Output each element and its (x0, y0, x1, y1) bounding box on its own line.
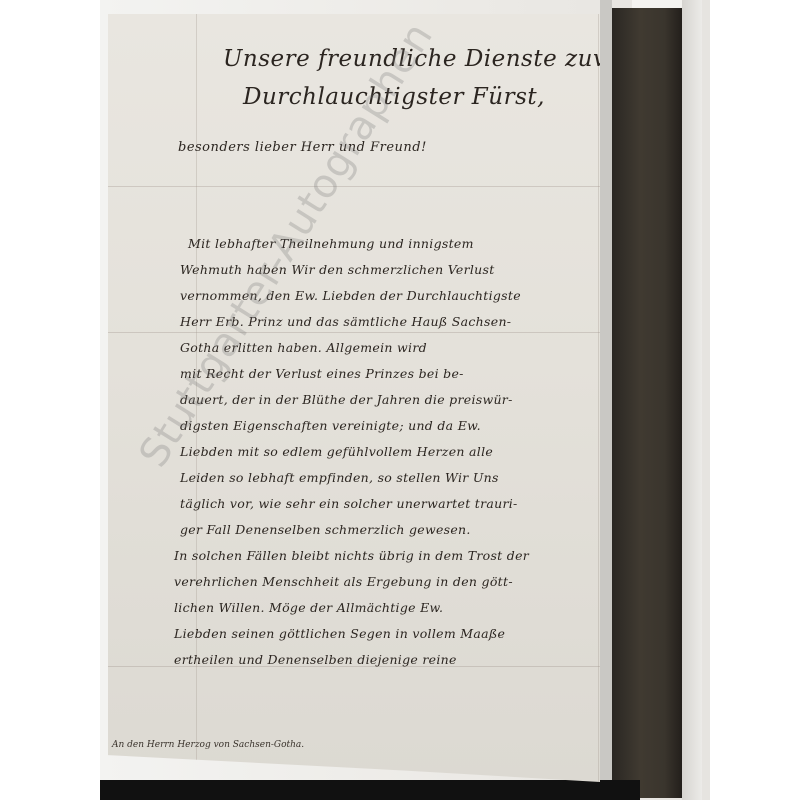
body-line: täglich vor, wie sehr ein solcher unerwa… (180, 496, 518, 511)
body-line: Liebden mit so edlem gefühlvollem Herzen… (180, 444, 493, 459)
body-line: ger Fall Denenselben schmerzlich gewesen… (180, 522, 471, 537)
body-line: verehrlichen Menschheit als Ergebung in … (174, 574, 513, 589)
binder-frame (600, 0, 612, 800)
binder-spine (612, 8, 682, 798)
fold-line (108, 186, 600, 187)
salutation-line-3: besonders lieber Herr und Freund! (178, 140, 427, 155)
fold-line (598, 14, 599, 782)
bottom-shadow (100, 780, 640, 800)
fold-line (108, 332, 600, 333)
body-line: Wehmuth haben Wir den schmerzlichen Verl… (180, 262, 495, 277)
body-line: In solchen Fällen bleibt nichts übrig in… (174, 548, 529, 563)
body-line: Liebden seinen göttlichen Segen in volle… (174, 626, 505, 641)
address-line: An den Herrn Herzog von Sachsen-Gotha. (112, 740, 304, 750)
body-line: lichen Willen. Möge der Allmächtige Ew. (174, 600, 443, 615)
body-line: Mit lebhafter Theilnehmung und innigstem (188, 236, 474, 251)
body-line: Leiden so lebhaft empfinden, so stellen … (180, 470, 499, 485)
body-line: ertheilen und Denenselben diejenige rein… (174, 652, 457, 667)
body-line: dauert, der in der Blüthe der Jahren die… (180, 392, 513, 407)
binder-edge (682, 0, 702, 800)
body-line: digsten Eigenschaften vereinigte; und da… (180, 418, 481, 433)
